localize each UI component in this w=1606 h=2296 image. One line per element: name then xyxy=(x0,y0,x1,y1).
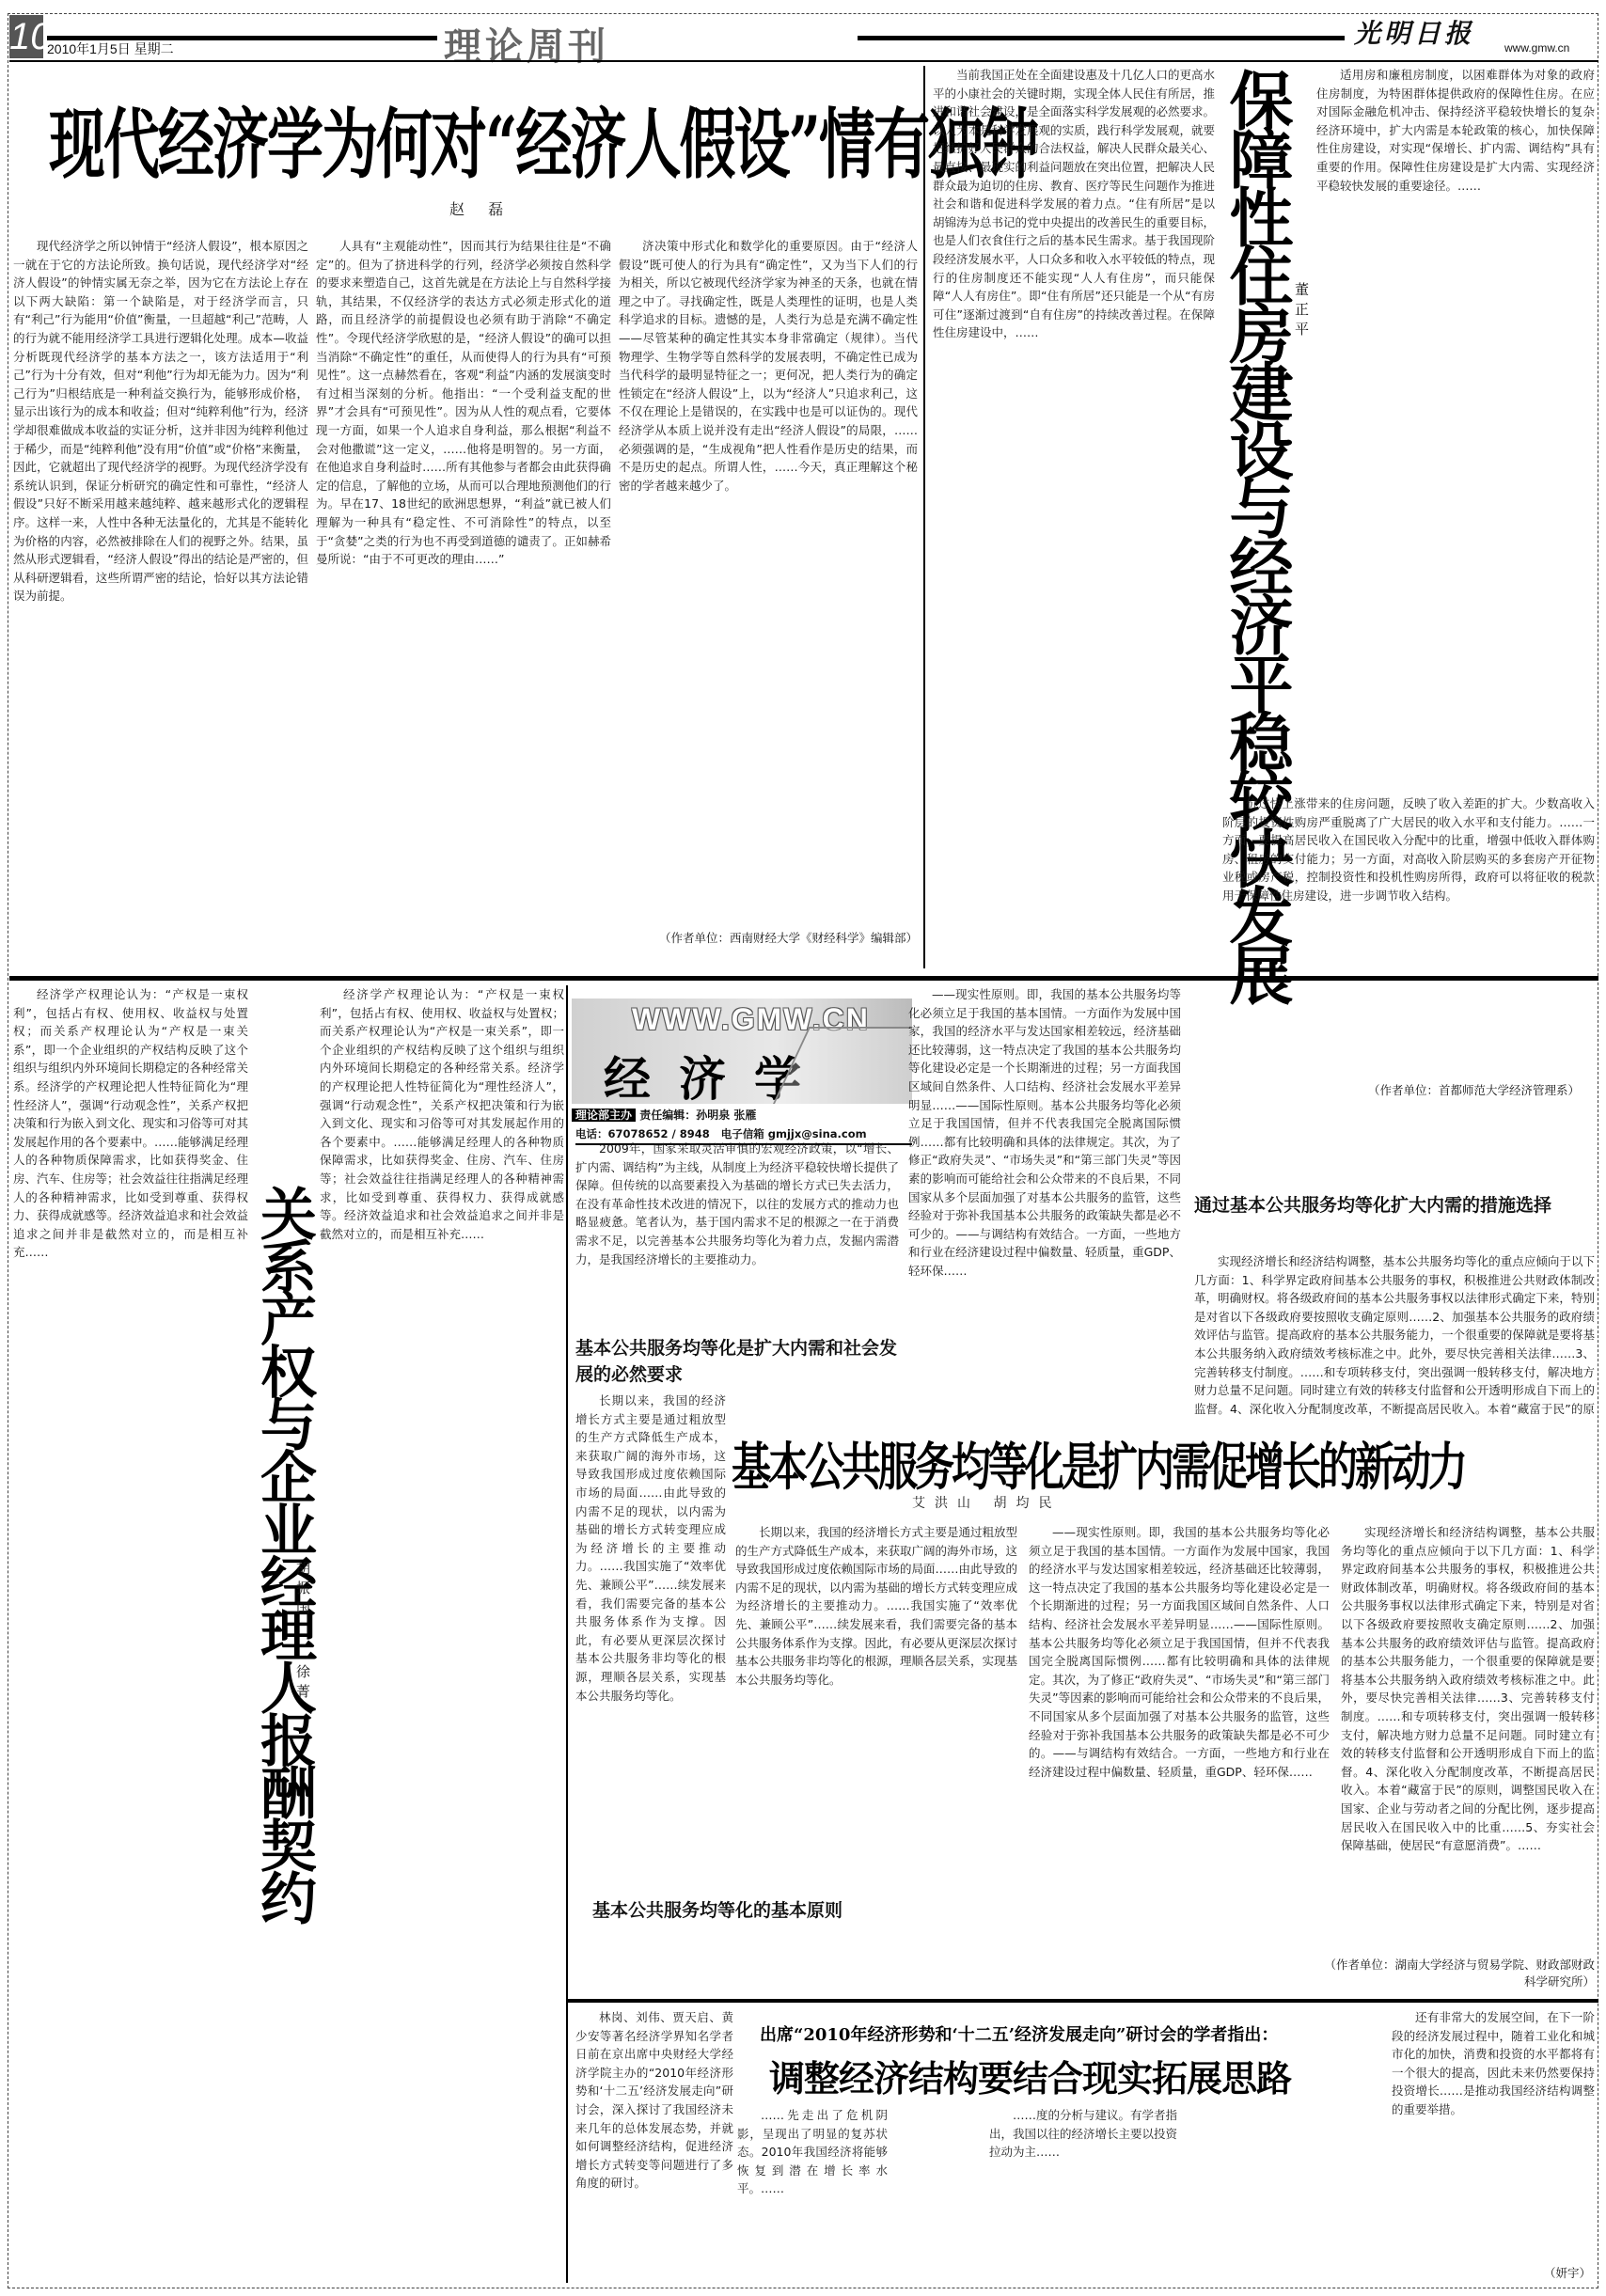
article4-subhead2: 基本公共服务均等化的基本原则 xyxy=(592,1897,874,1924)
article4-col4: 长期以来，我国的经济增长方式主要是通过粗放型的生产方式降低生产成本，来获取广阔的… xyxy=(735,1523,1017,1880)
article2-right-top: 适用房和廉租房制度，以困难群体为对象的政府住房制度，为特困群体提供政府的保障性住… xyxy=(1316,66,1595,790)
article4-paragraph: 2009年，国家采取灵活审慎的宏观经济政策，以“增长、扩内需、调结构”为主线，从… xyxy=(575,1140,899,1268)
article4-headline: 基本公共服务均等化是扩内需促增长的新动力 xyxy=(732,1427,1465,1501)
article3-paragraph: 经济学产权理论认为：“产权是一束权利”，包括占有权、使用权、收益权与处置权；而关… xyxy=(320,985,564,1243)
article5-headline: 调整经济结构要结合现实拓展思路 xyxy=(769,2050,1291,2101)
article2-paragraph: 当前我国正处在全面建设惠及十几亿人口的更高水平的小康社会的关键时期，实现全体人民… xyxy=(933,66,1215,342)
column-banner: WWW.GMW.CN 经济学 xyxy=(572,999,912,1104)
banner-editors: 责任编辑：孙明泉 张雁 xyxy=(639,1109,756,1122)
article4-col3: 实现经济增长和经济结构调整，基本公共服务均等化的重点应倾向于以下几方面：1、科学… xyxy=(1194,1252,1595,1418)
article2-author: 董正平 xyxy=(1292,282,1312,341)
newspaper-logo: 光明日报 xyxy=(1354,13,1474,51)
column-divider xyxy=(923,66,925,968)
phone-label: 电话： xyxy=(575,1127,608,1140)
article3-author-2: 徐菁 xyxy=(293,1664,313,1704)
article1-col3: 济决策中形式化和数学化的重要原因。由于“经济人假设”既可使人的行为具有“确定性”… xyxy=(619,237,918,923)
article3-headline: 关系产权与企业经理人报酬契约 xyxy=(250,1185,318,1922)
article5-col4: 还有非常大的发展空间，在下一阶段的经济发展过程中，随着工业化和城市化的加快，消费… xyxy=(1392,2008,1595,2253)
article5-kicker: 出席“2010年经济形势和‘十二五’经济发展走向”研讨会的学者指出： xyxy=(760,2021,1278,2046)
article2-intro: 当前我国正处在全面建设惠及十几亿人口的更高水平的小康社会的关键时期，实现全体人民… xyxy=(933,66,1215,968)
article1-author: 赵 磊 xyxy=(449,197,512,219)
article4-authors: 艾洪山 胡均民 xyxy=(912,1493,1061,1512)
article2-paragraph: 价过快上涨带来的住房问题，反映了收入差距的扩大。少数高收入阶层的投资性购房严重脱… xyxy=(1222,794,1595,905)
article4-paragraph: 长期以来，我国的经济增长方式主要是通过粗放型的生产方式降低生产成本，来获取广阔的… xyxy=(735,1523,1017,1689)
masthead-rule-right xyxy=(858,36,1345,40)
article3-paragraph: 经济学产权理论认为：“产权是一束权利”，包括占有权、使用权、收益权与处置权；而关… xyxy=(13,985,248,1262)
issue-date: 2010年1月5日 星期二 xyxy=(47,39,174,58)
article5-paragraph: 还有非常大的发展空间，在下一阶段的经济发展过程中，随着工业化和城市化的加快，消费… xyxy=(1392,2008,1595,2119)
article2-right-bottom: 价过快上涨带来的住房问题，反映了收入差距的扩大。少数高收入阶层的投资性购房严重脱… xyxy=(1222,794,1595,1077)
article1-paragraph: 人具有“主观能动性”，因而其行为结果往往是“不确定”的。但为了挤进科学的行列，经… xyxy=(316,237,611,569)
section-title: 理论周刊 xyxy=(444,17,609,71)
newspaper-url[interactable]: www.gmw.cn xyxy=(1504,41,1569,55)
article1-affiliation: （作者单位：西南财经大学《财经科学》编辑部） xyxy=(619,929,918,946)
article4-paragraph: ——现实性原则。即，我国的基本公共服务均等化必须立足于我国的基本国情。一方面作为… xyxy=(908,985,1181,1281)
section-divider xyxy=(9,976,1598,981)
article3-col2: 经济学产权理论认为：“产权是一束权利”，包括占有权、使用权、收益权与处置权；而关… xyxy=(320,985,564,2283)
article4-paragraph: 实现经济增长和经济结构调整，基本公共服务均等化的重点应倾向于以下几方面：1、科学… xyxy=(1194,1252,1595,1418)
article5-paragraph: 林岗、刘伟、贾天启、黄少安等著名经济学界知名学者日前在京出席中央财经大学经济学院… xyxy=(575,2008,733,2193)
article5-lead: 林岗、刘伟、贾天启、黄少安等著名经济学界知名学者日前在京出席中央财经大学经济学院… xyxy=(575,2008,733,2281)
article1-headline: 现代经济学为何对“经济人假设”情有独钟 xyxy=(49,85,1037,194)
article1-col2: 人具有“主观能动性”，因而其行为结果往往是“不确定”的。但为了挤进科学的行列，经… xyxy=(316,237,611,961)
masthead-divider xyxy=(9,60,1598,62)
column-divider xyxy=(566,985,568,2283)
article4-subhead1: 基本公共服务均等化是扩大内需和社会发展的必然要求 xyxy=(575,1335,899,1388)
article4-col5: ——现实性原则。即，我国的基本公共服务均等化必须立足于我国的基本国情。一方面作为… xyxy=(1029,1523,1330,1880)
article3-col1: 经济学产权理论认为：“产权是一束权利”，包括占有权、使用权、收益权与处置权；而关… xyxy=(13,985,248,2283)
article2-paragraph: 适用房和廉租房制度，以困难群体为对象的政府住房制度，为特困群体提供政府的保障性住… xyxy=(1316,66,1595,195)
section-divider xyxy=(568,1999,1598,2003)
article5-col2: ……先走出了危机阴影，呈现出了明显的复苏状态。2010年我国经济将能够恢复到潜在… xyxy=(737,2106,888,2285)
banner-host: 理论部主办 xyxy=(572,1109,636,1122)
masthead: 10 2010年1月5日 星期二 理论周刊 光明日报 www.gmw.cn xyxy=(0,0,1606,58)
article5-paragraph: ……先走出了危机阴影，呈现出了明显的复苏状态。2010年我国经济将能够恢复到潜在… xyxy=(737,2106,888,2198)
article5-byline: （妍宇） xyxy=(1392,2264,1591,2281)
article2-affiliation: （作者单位：首都师范大学经济管理系） xyxy=(1222,1081,1580,1098)
article4-subhead3: 通过基本公共服务均等化扩大内需的措施选择 xyxy=(1194,1192,1589,1219)
phone-number: 67078652 / 8948 xyxy=(608,1127,710,1140)
article1-paragraph: 济决策中形式化和数学化的重要原因。由于“经济人假设”既可使人的行为具有“确定性”… xyxy=(619,237,918,495)
email-label: 电子信箱 xyxy=(721,1127,764,1140)
article4-paragraph: 长期以来，我国的经济增长方式主要是通过粗放型的生产方式降低生产成本，来获取广阔的… xyxy=(575,1392,726,1705)
article4-affiliation: （作者单位：湖南大学经济与贸易学院、财政部财政科学研究所） xyxy=(1316,1956,1595,1989)
article4-col6: 实现经济增长和经济结构调整，基本公共服务均等化的重点应倾向于以下几方面：1、科学… xyxy=(1341,1523,1595,1937)
article1-col1: 现代经济学之所以钟情于“经济人假设”，根本原因之一就在于它的方法论所致。换句话说… xyxy=(13,237,308,961)
article1-paragraph: 现代经济学之所以钟情于“经济人假设”，根本原因之一就在于它的方法论所致。换句话说… xyxy=(13,237,308,605)
article4-col2: ——现实性原则。即，我国的基本公共服务均等化必须立足于我国的基本国情。一方面作为… xyxy=(908,985,1181,1418)
article5-col3: ……度的分析与建议。有学者指出，我国以往的经济增长主要以投资拉动为主…… xyxy=(989,2106,1177,2285)
article3-author-1: 胡振国 xyxy=(293,1561,313,1620)
article4-paragraph: 实现经济增长和经济结构调整，基本公共服务均等化的重点应倾向于以下几方面：1、科学… xyxy=(1341,1523,1595,1855)
email-link[interactable]: gmjjx@sina.com xyxy=(768,1127,867,1140)
article4-paragraph: ——现实性原则。即，我国的基本公共服务均等化必须立足于我国的基本国情。一方面作为… xyxy=(1029,1523,1330,1781)
page-number: 10 xyxy=(9,15,43,58)
article5-paragraph: ……度的分析与建议。有学者指出，我国以往的经济增长主要以投资拉动为主…… xyxy=(989,2106,1177,2162)
banner-editor-bar: 理论部主办 责任编辑：孙明泉 张雁 xyxy=(572,1106,912,1124)
